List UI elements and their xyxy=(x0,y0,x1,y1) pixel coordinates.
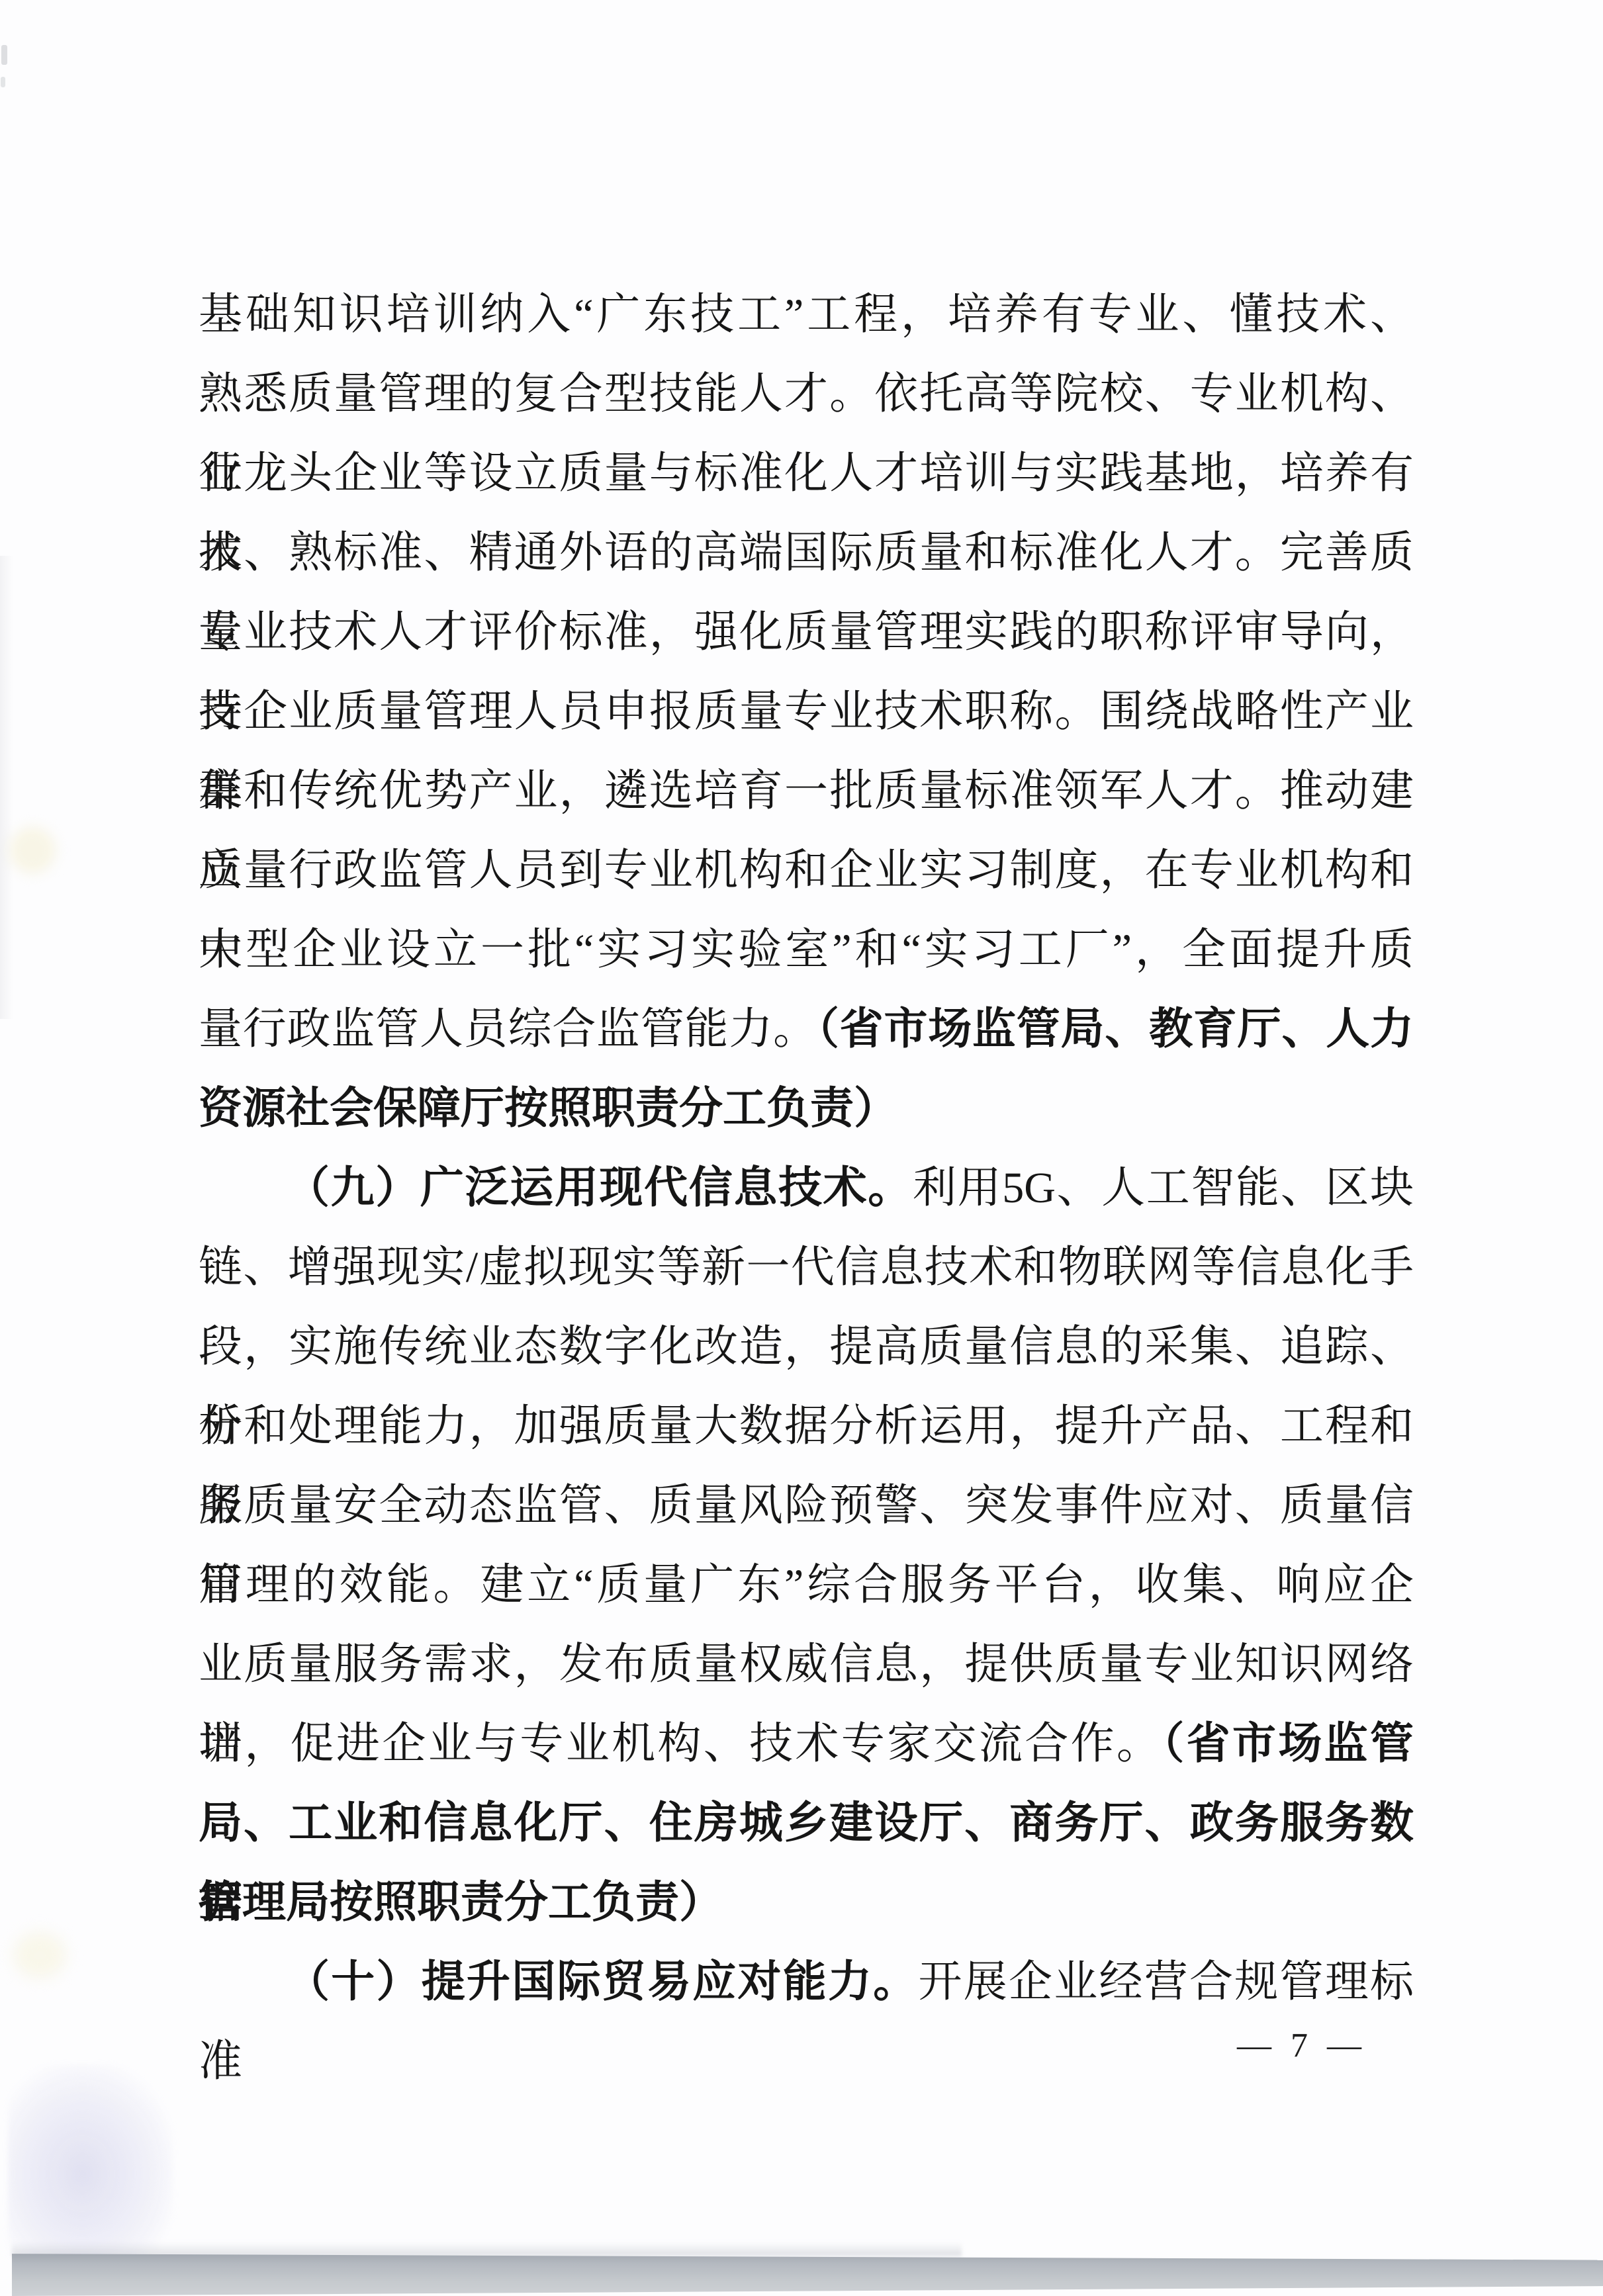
scan-bottom-edge-strip xyxy=(12,2251,1603,2296)
text-run-attribution: （省市场监管局、教育厅、人力 xyxy=(817,1005,1414,1053)
text-line: 管理局按照职责分工负责） xyxy=(199,1863,1414,1943)
scan-smudge xyxy=(8,2064,173,2263)
text-run: 量行政监管人员综合监管能力。 xyxy=(199,1005,817,1053)
text-line: 熟悉质量管理的复合型技能人才。依托高等院校、专业机构、行 xyxy=(199,355,1414,434)
text-line: 质量行政监管人员到专业机构和企业实习制度，在专业机构和大 xyxy=(199,831,1414,910)
text-line: 链、增强现实/虚拟现实等新一代信息技术和物联网等信息化手 xyxy=(199,1228,1414,1307)
text-run: 链、增强现实/虚拟现实等新一代信息技术和物联网等信息化手 xyxy=(199,1243,1414,1292)
text-line: 管理的效能。建立“质量广东”综合服务平台，收集、响应企 xyxy=(199,1546,1414,1625)
text-line: 业龙头企业等设立质量与标准化人才培训与实践基地，培养有技 xyxy=(199,434,1414,513)
text-line: 训，促进企业与专业机构、技术专家交流合作。（省市场监管 xyxy=(199,1704,1414,1784)
scan-edge-artifact xyxy=(1,45,7,65)
text-line: 析和处理能力，加强质量大数据分析运用，提升产品、工程和服 xyxy=(199,1387,1414,1466)
text-line: 群和传统优势产业，遴选培育一批质量标准领军人才。推动建立 xyxy=(199,752,1414,831)
scan-bottom-shadow xyxy=(12,2242,962,2256)
text-run-heading: （十）提升国际贸易应对能力。 xyxy=(286,1958,919,2006)
scan-edge-shadow xyxy=(0,556,13,1019)
text-line: 术、熟标准、精通外语的高端国际质量和标准化人才。完善质量 xyxy=(199,513,1414,593)
scan-edge-artifact xyxy=(1,77,5,87)
page-number: — 7 — xyxy=(1237,2026,1367,2066)
text-run: 训，促进企业与专业机构、技术专家交流合作。 xyxy=(199,1720,1162,1768)
text-line-section-9: （九）广泛运用现代信息技术。利用5G、人工智能、区块 xyxy=(199,1149,1414,1228)
scan-smudge xyxy=(9,827,56,873)
text-line: 局、工业和信息化厅、住房城乡建设厅、商务厅、政务服务数据 xyxy=(199,1784,1414,1863)
text-line: 持企业质量管理人员申报质量专业技术职称。围绕战略性产业集 xyxy=(199,672,1414,752)
text-run: 基础知识培训纳入“广东技工”工程，培养有专业、懂技术、 xyxy=(199,290,1414,339)
text-run-attribution: 管理局按照职责分工负责） xyxy=(199,1878,723,1927)
text-line-section-10: （十）提升国际贸易应对能力。开展企业经营合规管理标准 xyxy=(199,1943,1414,2022)
text-run-attribution: 资源社会保障厅按照职责分工负责） xyxy=(199,1084,897,1133)
text-run: 利用5G、人工智能、区块 xyxy=(913,1164,1414,1212)
text-line: 务质量安全动态监管、质量风险预警、突发事件应对、质量信用 xyxy=(199,1466,1414,1546)
text-line: 专业技术人才评价标准，强化质量管理实践的职称评审导向，支 xyxy=(199,593,1414,672)
text-line: 段，实施传统业态数字化改造，提高质量信息的采集、追踪、分 xyxy=(199,1307,1414,1387)
document-body: 基础知识培训纳入“广东技工”工程，培养有专业、懂技术、 熟悉质量管理的复合型技能… xyxy=(199,275,1414,2022)
text-line: 中型企业设立一批“实习实验室”和“实习工厂”，全面提升质 xyxy=(199,910,1414,990)
text-run: 管理的效能。建立“质量广东”综合服务平台，收集、响应企 xyxy=(199,1561,1414,1609)
text-run: 中型企业设立一批“实习实验室”和“实习工厂”，全面提升质 xyxy=(199,926,1414,974)
text-line: 基础知识培训纳入“广东技工”工程，培养有专业、懂技术、 xyxy=(199,275,1414,355)
text-line: 业质量服务需求，发布质量权威信息，提供质量专业知识网络培 xyxy=(199,1625,1414,1704)
text-line: 资源社会保障厅按照职责分工负责） xyxy=(199,1069,1414,1149)
text-run-attribution: （省市场监管 xyxy=(1162,1720,1414,1768)
scanned-document-page: 基础知识培训纳入“广东技工”工程，培养有专业、懂技术、 熟悉质量管理的复合型技能… xyxy=(0,0,1603,2296)
scan-smudge xyxy=(13,1932,66,1978)
text-run-heading: （九）广泛运用现代信息技术。 xyxy=(286,1164,913,1212)
text-line: 量行政监管人员综合监管能力。（省市场监管局、教育厅、人力 xyxy=(199,990,1414,1069)
